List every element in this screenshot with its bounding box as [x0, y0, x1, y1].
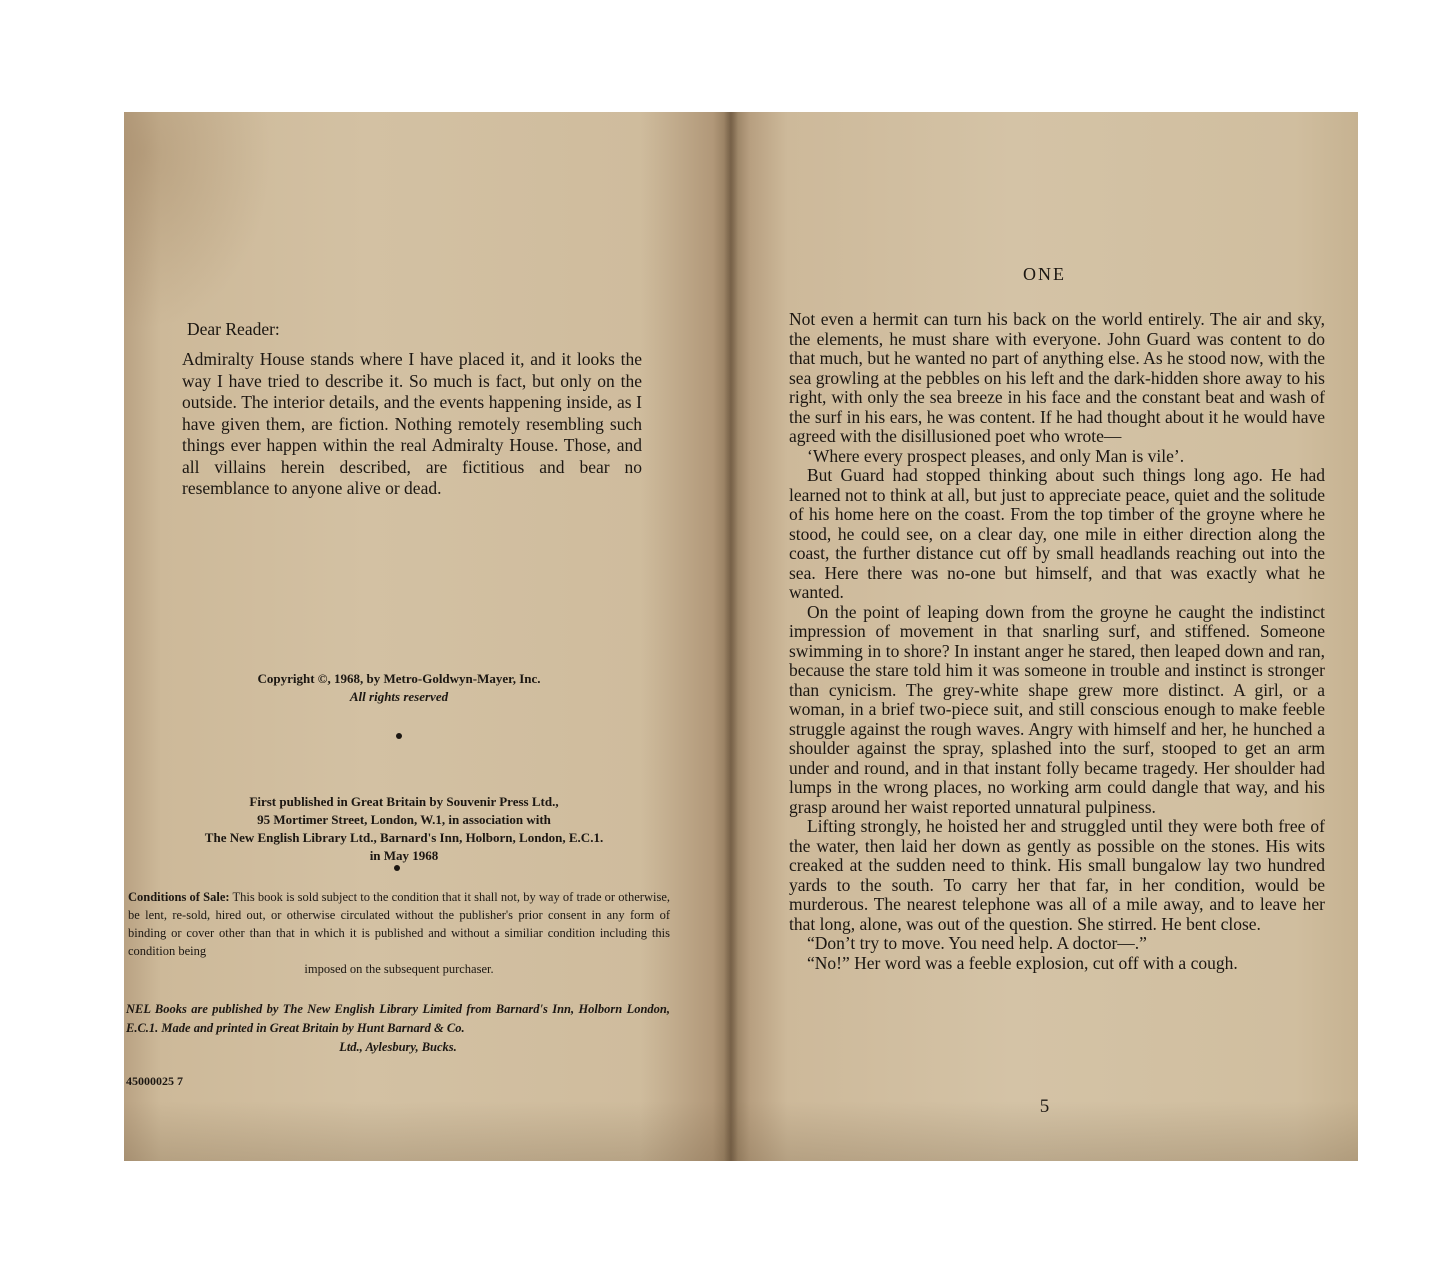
- paragraph: But Guard had stopped thinking about suc…: [789, 466, 1325, 603]
- separator-bullet: [396, 733, 402, 739]
- paragraph: Not even a hermit can turn his back on t…: [789, 310, 1325, 447]
- right-page: ONE Not even a hermit can turn his back …: [731, 112, 1358, 1161]
- copyright-line: Copyright ©, 1968, by Metro-Goldwyn-Maye…: [184, 670, 614, 688]
- page-shadow: [731, 1101, 1358, 1161]
- publisher-notice-last-line: Ltd., Aylesbury, Bucks.: [126, 1038, 670, 1057]
- left-page: Dear Reader: Admiralty House stands wher…: [124, 112, 731, 1161]
- publication-line: First published in Great Britain by Souv…: [154, 793, 654, 811]
- paragraph: Lifting strongly, he hoisted her and str…: [789, 817, 1325, 934]
- publication-line: 95 Mortimer Street, London, W.1, in asso…: [154, 811, 654, 829]
- paragraph: On the point of leaping down from the gr…: [789, 603, 1325, 818]
- letter-salutation: Dear Reader:: [187, 318, 647, 340]
- dialogue: “Don’t try to move. You need help. A doc…: [789, 934, 1325, 954]
- conditions-label: Conditions of Sale:: [128, 890, 230, 904]
- catalog-number: 45000025 7: [126, 1074, 183, 1089]
- chapter-body: Not even a hermit can turn his back on t…: [789, 310, 1325, 973]
- publisher-notice-text: NEL Books are published by The New Engli…: [126, 1002, 670, 1035]
- book-gutter: [724, 112, 738, 1161]
- author-note: Admiralty House stands where I have plac…: [182, 349, 642, 500]
- page-shadow: [124, 1101, 731, 1161]
- publisher-notice: NEL Books are published by The New Engli…: [126, 1000, 670, 1057]
- conditions-last-line: imposed on the subsequent purchaser.: [128, 960, 670, 978]
- conditions-of-sale: Conditions of Sale: This book is sold su…: [128, 888, 670, 978]
- publication-line: in May 1968: [154, 847, 654, 865]
- quotation: ‘Where every prospect pleases, and only …: [789, 447, 1325, 467]
- chapter-title: ONE: [731, 264, 1358, 285]
- dialogue: “No!” Her word was a feeble explosion, c…: [789, 954, 1325, 974]
- copyright-notice: Copyright ©, 1968, by Metro-Goldwyn-Maye…: [184, 670, 614, 706]
- publication-info: First published in Great Britain by Souv…: [154, 793, 654, 865]
- book-spread-photo: Dear Reader: Admiralty House stands wher…: [124, 112, 1358, 1161]
- separator-bullet: [394, 865, 400, 871]
- publication-line: The New English Library Ltd., Barnard's …: [154, 829, 654, 847]
- rights-reserved: All rights reserved: [184, 688, 614, 706]
